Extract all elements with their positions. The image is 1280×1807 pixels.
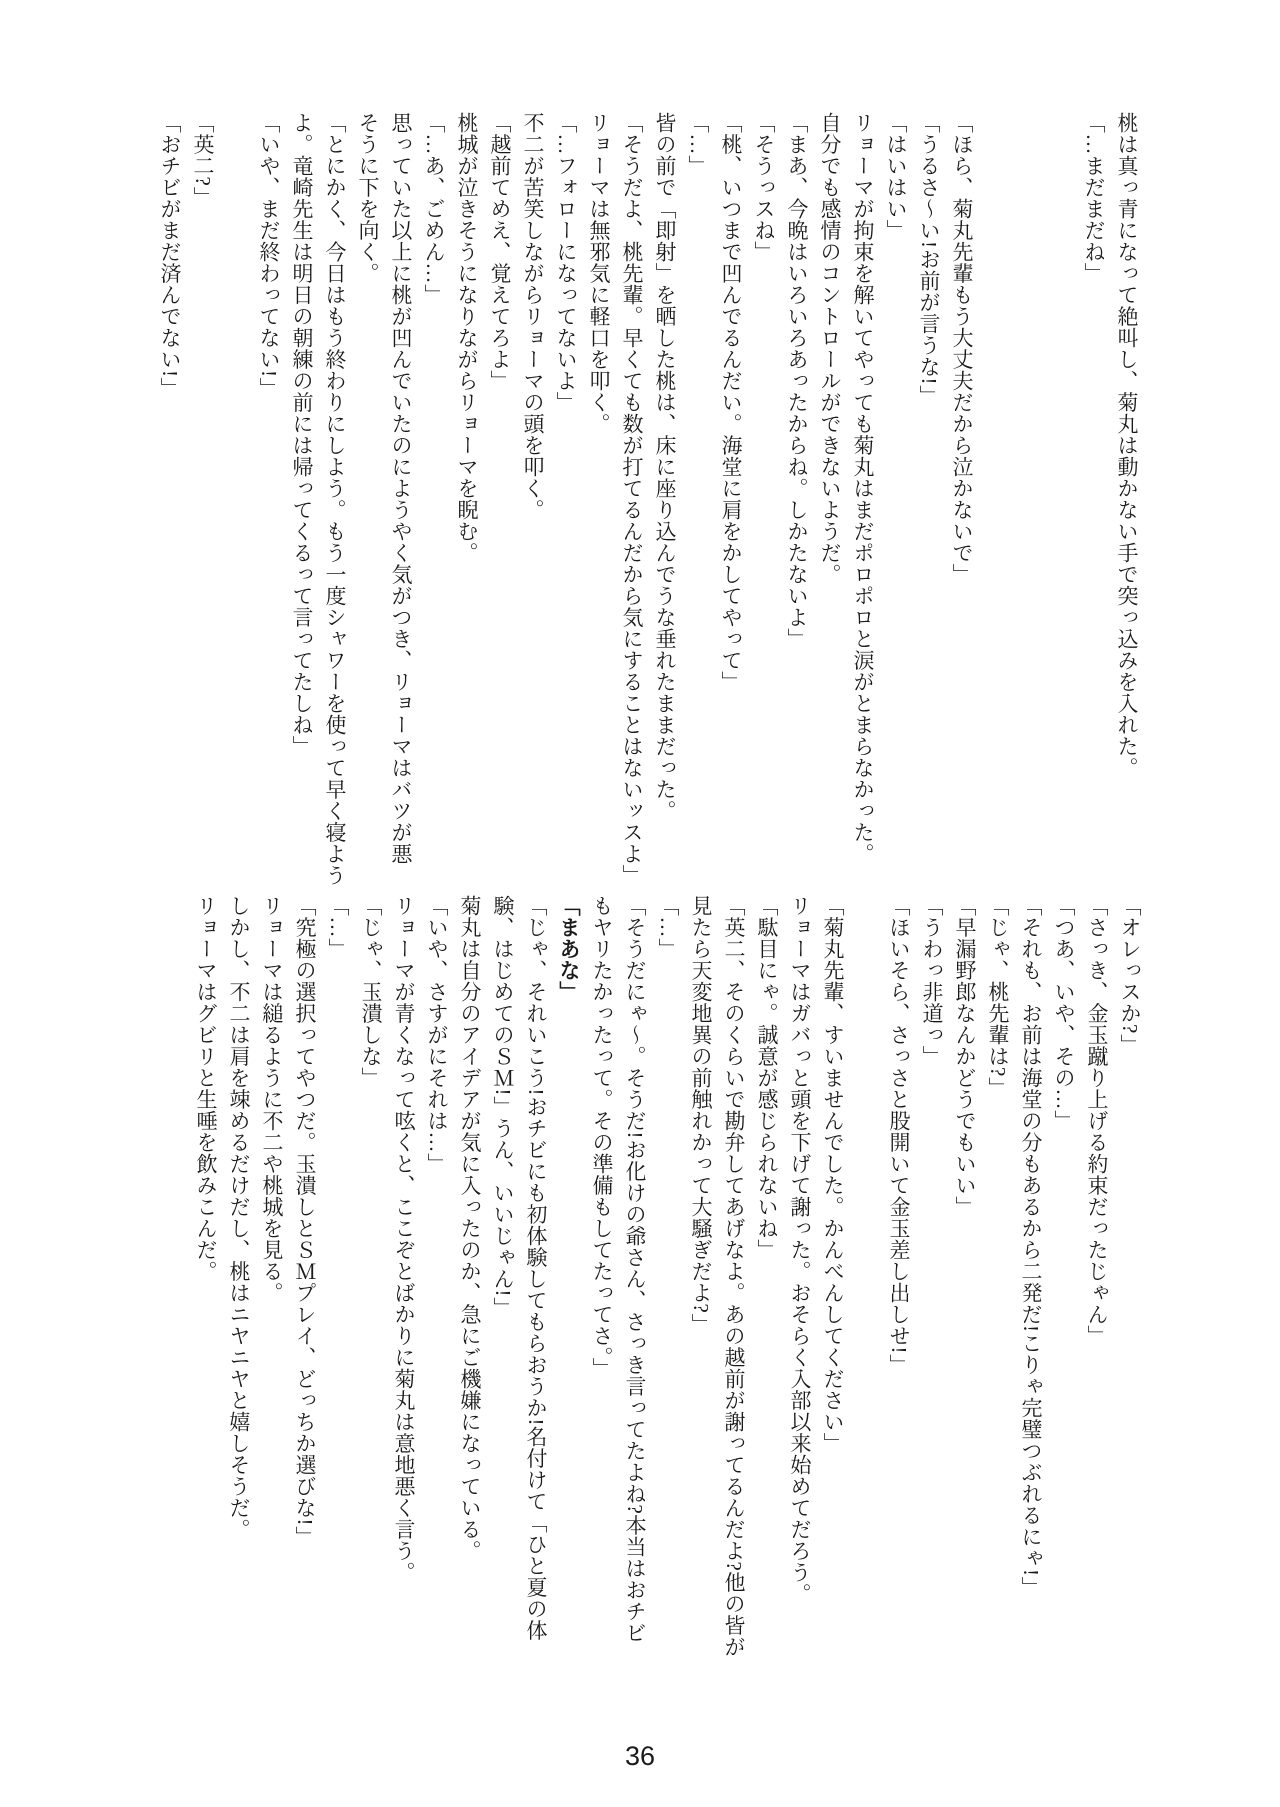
text-line: もヤリたかったって。その準備もしてたってさ。」 — [585, 895, 618, 1657]
text-line: 「じゃ、桃先輩は?」 — [981, 895, 1014, 1657]
text-line: 「おチビがまだ済んでない!」 — [153, 112, 186, 907]
text-line: リョーマは無邪気に軽口を叩く。 — [582, 112, 615, 907]
text-line: 「さっき、金玉蹴り上げる約束だったじゃん」 — [1080, 895, 1113, 1657]
text-line: 「いや、さすがにそれは…」 — [420, 895, 453, 1657]
text-line: 「…」 — [321, 895, 354, 1657]
text-line: リョーマが青くなって呟くと、ここぞとばかりに菊丸は意地悪く言う。 — [387, 895, 420, 1657]
text-line: 「じゃ、玉潰しな」 — [354, 895, 387, 1657]
text-line: 験、はじめてのＳＭ!」うん、いいじゃん!」 — [486, 895, 519, 1657]
text-line: 「つあ、いや、その…」 — [1047, 895, 1080, 1657]
text-line: 「オレっスか?」 — [1113, 895, 1146, 1657]
text-line: リョーマはグビリと生唾を飲みこんだ。 — [189, 895, 222, 1657]
text-block-top: 桃は真っ青になって絶叫し、菊丸は動かない手で突っ込みを入れた。「…まだまだね」 … — [153, 112, 1143, 907]
text-line: しかし、不二は肩を竦めるだけだし、桃はニヤニヤと嬉しそうだ。 — [222, 895, 255, 1657]
text-line: 「…あ、ごめん…」 — [417, 112, 450, 907]
text-line: 不二が苦笑しながらリョーマの頭を叩く。 — [516, 112, 549, 907]
text-line: 自分でも感情のコントロールができないようだ。 — [813, 112, 846, 907]
text-line: 「そうだにゃ〜。そうだ!お化けの爺さん、さっき言ってたよね?本当はおチビ — [618, 895, 651, 1657]
text-line: 桃は真っ青になって絶叫し、菊丸は動かない手で突っ込みを入れた。 — [1110, 112, 1143, 907]
line-spacer — [219, 112, 252, 907]
text-line: 「越前てめえ、覚えてろよ」 — [483, 112, 516, 907]
text-line: 皆の前で「即射」を晒した桃は、床に座り込んでうな垂れたままだった。 — [648, 112, 681, 907]
text-line: 「…」 — [651, 895, 684, 1657]
text-line: リョーマが拘束を解いてやっても菊丸はまだポロポロと涙がとまらなかった。 — [846, 112, 879, 907]
text-line: 「いや、まだ終わってない!」 — [252, 112, 285, 907]
text-line: 思っていた以上に桃が凹んでいたのにようやく気がつき、リョーマはバツが悪 — [384, 112, 417, 907]
text-block-bottom: 「オレっスか?」「さっき、金玉蹴り上げる約束だったじゃん」「つあ、いや、その…」… — [189, 895, 1146, 1657]
text-line: 「じゃ、それいこう!おチビにも初体験してもらおうか!名付けて「ひと夏の体 — [519, 895, 552, 1657]
text-line: 「まあ、今晩はいろいろあったからね。しかたないよ」 — [780, 112, 813, 907]
text-line: 「早漏野郎なんかどうでもいい」 — [948, 895, 981, 1657]
text-line: 「ほいそら、さっさと股開いて金玉差し出しせ!」 — [882, 895, 915, 1657]
line-spacer — [978, 112, 1011, 907]
text-line: 「菊丸先輩、すいませんでした。かんべんしてください」 — [816, 895, 849, 1657]
text-line: 「はいはい」 — [879, 112, 912, 907]
text-line: 「究極の選択ってやつだ。玉潰しとＳＭプレイ、どっちか選びな!」 — [288, 895, 321, 1657]
text-line: そうに下を向く。 — [351, 112, 384, 907]
text-line: 「英二?」 — [186, 112, 219, 907]
text-line: 「桃、いつまで凹んでるんだい。海堂に肩をかしてやって」 — [714, 112, 747, 907]
text-line: 桃城が泣きそうになりながらリョーマを睨む。 — [450, 112, 483, 907]
text-line: 「うるさ〜い!お前が言うな!」 — [912, 112, 945, 907]
text-line: 「そうだよ、桃先輩。早くても数が打てるんだから気にすることはないッスよ」 — [615, 112, 648, 907]
line-spacer — [1044, 112, 1077, 907]
text-line: 「そうっスね」 — [747, 112, 780, 907]
text-line: 「英二、そのくらいで勘弁してあげなよ。あの越前が謝ってるんだよ?他の皆が — [717, 895, 750, 1657]
text-line: リョーマは縋るように不二や桃城を見る。 — [255, 895, 288, 1657]
text-line: 「…」 — [681, 112, 714, 907]
text-line: 「ほら、菊丸先輩もう大丈夫だから泣かないで」 — [945, 112, 978, 907]
text-line: 「うわっ非道っ」 — [915, 895, 948, 1657]
text-line: 「まあな」 — [552, 895, 585, 1657]
text-line: 「…フォローになってないよ」 — [549, 112, 582, 907]
text-line: 「…まだまだね」 — [1077, 112, 1110, 907]
text-line: リョーマはガバっと頭を下げて謝った。おそらく入部以来始めてだろう。 — [783, 895, 816, 1657]
text-line: 菊丸は自分のアイデアが気に入ったのか、急にご機嫌になっている。 — [453, 895, 486, 1657]
line-spacer — [1011, 112, 1044, 907]
text-line: 「とにかく、今日はもう終わりにしよう。もう一度シャワーを使って早く寝よう — [318, 112, 351, 907]
text-line: よ。竜崎先生は明日の朝練の前には帰ってくるって言ってたしね」 — [285, 112, 318, 907]
text-line: 「それも、お前は海堂の分もあるから二発だ!こりゃ完璧つぶれるにゃ!」 — [1014, 895, 1047, 1657]
page-number: 36 — [0, 1741, 1280, 1772]
text-line: 「駄目にゃ。誠意が感じられないね」 — [750, 895, 783, 1657]
text-line: 見たら天変地異の前触れかって大騒ぎだよ?」 — [684, 895, 717, 1657]
line-spacer — [849, 895, 882, 1657]
page: 桃は真っ青になって絶叫し、菊丸は動かない手で突っ込みを入れた。「…まだまだね」 … — [0, 0, 1280, 1807]
